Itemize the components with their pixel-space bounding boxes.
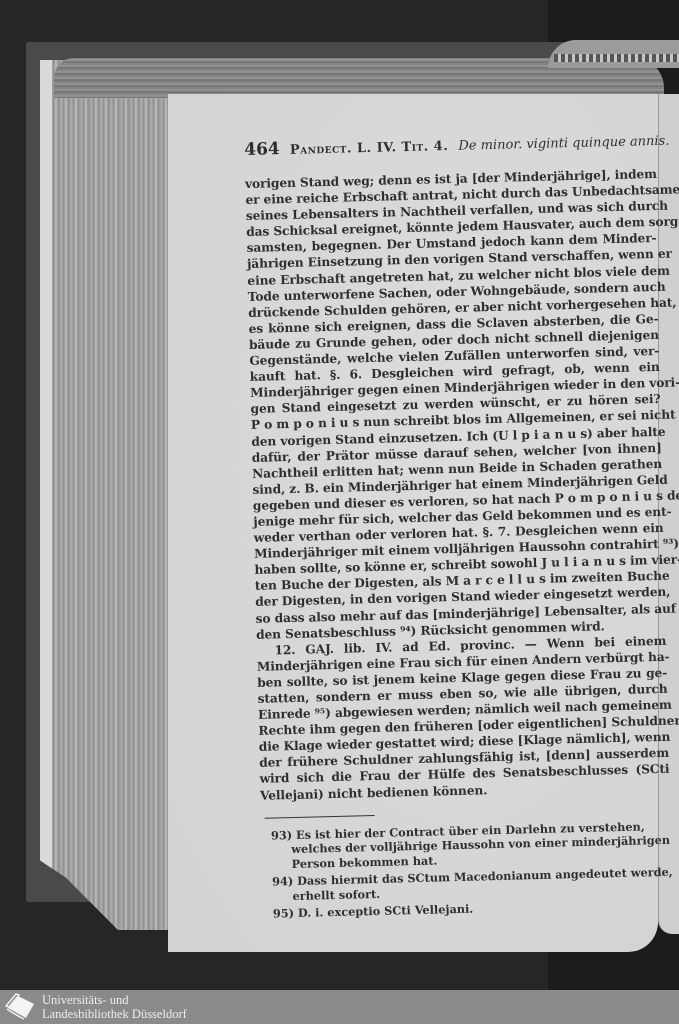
library-footer: Universitäts- und Landesbibliothek Düsse… [0,990,679,1024]
page-text: 464 Pandect. L. IV. Tit. 4. De minor. vi… [244,130,673,921]
running-head-subtitle: De minor. viginti quinque annis. [458,134,669,154]
library-name-line1: Universitäts- und [42,993,187,1007]
running-head-title: Pandect. L. IV. Tit. 4. [290,139,449,158]
body-paragraph: vorigen Stand weg; denn es ist ja [der M… [245,166,666,643]
library-name: Universitäts- und Landesbibliothek Düsse… [42,993,187,1021]
page-number: 464 [244,139,280,160]
footnote-rule [265,815,375,819]
book-logo-icon [2,990,40,1024]
book-headband [548,40,679,68]
section-12: 12. GAJ. lib. IV. ad Ed. provinc. — Wenn… [256,633,670,804]
page-stack-edge [40,60,170,930]
scan-viewer: 464 Pandect. L. IV. Tit. 4. De minor. vi… [0,0,679,990]
footnotes: 93) Es ist hier der Contract über ein Da… [261,818,673,921]
library-name-line2: Landesbibliothek Düsseldorf [42,1007,187,1021]
